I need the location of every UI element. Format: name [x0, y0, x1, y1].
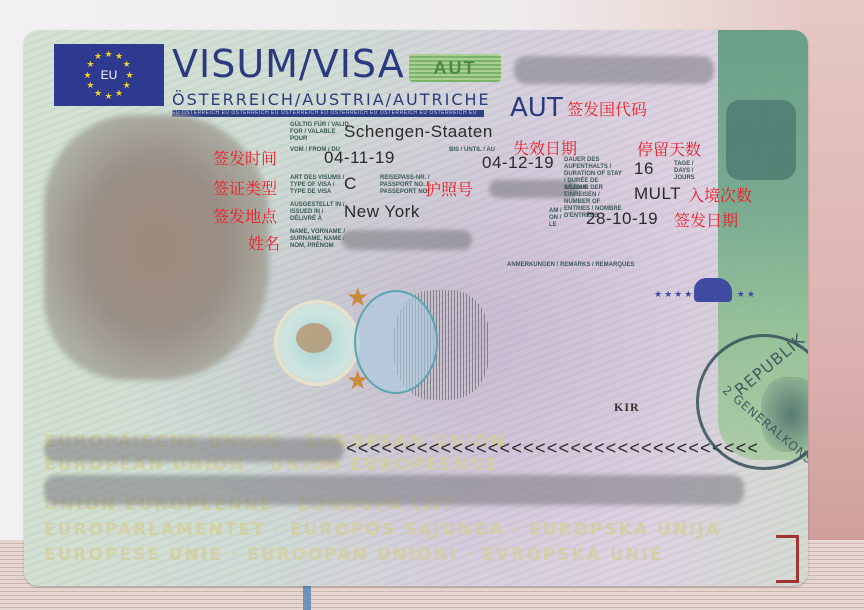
microprint-strip: EU ÖSTERREICH EU ÖSTERREICH EU ÖSTERREIC…	[172, 110, 484, 117]
visa-sticker: EU ★★★★★★★★★★★★ VISUM/VISA ÖSTERREICH/AU…	[24, 30, 808, 586]
remarks-label: ANMERKUNGEN / REMARKS / REMARQUES	[507, 262, 634, 268]
eu-stars-icon: EU ★★★★★★★★★★★★	[84, 50, 134, 100]
annotation-visa-type: 签证类型	[213, 180, 277, 198]
visa-type-value: C	[344, 174, 357, 194]
eu-flag: EU ★★★★★★★★★★★★	[54, 44, 164, 106]
eu-star-icon: ★	[105, 50, 113, 59]
redacted-number	[514, 56, 714, 84]
eu-star-icon: ★	[86, 60, 94, 69]
eu-star-icon: ★	[126, 71, 134, 80]
eu-star-icon: ★	[123, 81, 131, 90]
redacted-mrz-line-2	[44, 475, 744, 505]
seal-star-icon: ★	[346, 282, 369, 313]
background-text: EUROPARLAMENTET · EUROPOS SĄJUNGA · EURO…	[44, 520, 721, 540]
annotation-issue-place: 签发地点	[213, 208, 277, 226]
valid-for-label: GÜLTIG FÜR / VALID FOR / VALABLE POUR	[290, 122, 350, 143]
duration-value: 16	[634, 159, 654, 179]
annotation-stay-days: 停留天数	[637, 141, 701, 159]
eu-star-icon: ★	[94, 89, 102, 98]
security-seal-image: ★ ★	[274, 280, 484, 400]
annotation-expiry-date: 失效日期	[513, 140, 577, 158]
valid-for-value: Schengen-Staaten	[344, 122, 493, 142]
issued-in-value: New York	[344, 202, 420, 222]
emblem-bull-stars: ★★★★ ★★	[654, 278, 757, 302]
page-red-frame	[776, 535, 799, 583]
seal-star-icon: ★	[346, 365, 369, 396]
stars-icon: ★★★★	[654, 289, 694, 299]
issuing-state: ÖSTERREICH/AUSTRIA/AUTRICHE	[172, 90, 491, 109]
seal-center	[296, 323, 332, 353]
background-text: EUROPESE UNIE · EUROOPAN UNIONI · EVROPS…	[44, 545, 664, 565]
duration-unit-label: TAGE / DAYS / JOURS	[674, 161, 704, 182]
entries-value: MULT	[634, 184, 681, 204]
issuing-country-code: AUT	[510, 93, 563, 123]
eu-star-icon: ★	[105, 92, 113, 101]
stars-icon: ★★	[732, 289, 757, 299]
redacted-mrz-line-1	[44, 438, 344, 462]
annotation-issue-time: 签发时间	[213, 150, 277, 168]
issued-in-label: AUSGESTELLT IN / ISSUED IN / DÉLIVRÉ À	[290, 202, 350, 223]
annotation-passport-number: 护照号	[425, 181, 473, 199]
passport-page-right	[800, 0, 864, 610]
redacted-name	[342, 230, 472, 250]
bull-icon	[694, 278, 732, 302]
name-label: NAME, VORNAME / SURNAME, NAME / NOM, PRÉ…	[290, 229, 350, 250]
aut-hologram: AUT	[409, 54, 501, 82]
annotation-issuing-country-code: 签发国代码	[567, 101, 647, 119]
optical-variable-feature	[726, 100, 796, 180]
mrz-line-1: <<<<<<<<<<<<<<<<<<<<<<<<<<<<<<<<<<<	[346, 440, 759, 460]
eu-star-icon: ★	[115, 89, 123, 98]
visa-title: VISUM/VISA	[172, 42, 405, 86]
issue-date-label: AM / ON / LE	[549, 208, 569, 229]
eu-star-icon: ★	[94, 52, 102, 61]
remarks-value: KIR	[614, 400, 640, 415]
issue-date-value: 28-10-19	[586, 209, 658, 229]
visa-type-label: ART DES VISUMS / TYPE OF VISA / TYPE DE …	[290, 175, 350, 196]
annotation-entries: 入境次数	[688, 187, 752, 205]
from-value: 04-11-19	[324, 148, 395, 168]
eu-star-icon: ★	[123, 60, 131, 69]
eu-star-icon: ★	[86, 81, 94, 90]
eu-star-icon: ★	[84, 71, 92, 80]
annotation-name: 姓名	[248, 235, 280, 253]
annotation-issue-date: 签发日期	[674, 212, 738, 230]
